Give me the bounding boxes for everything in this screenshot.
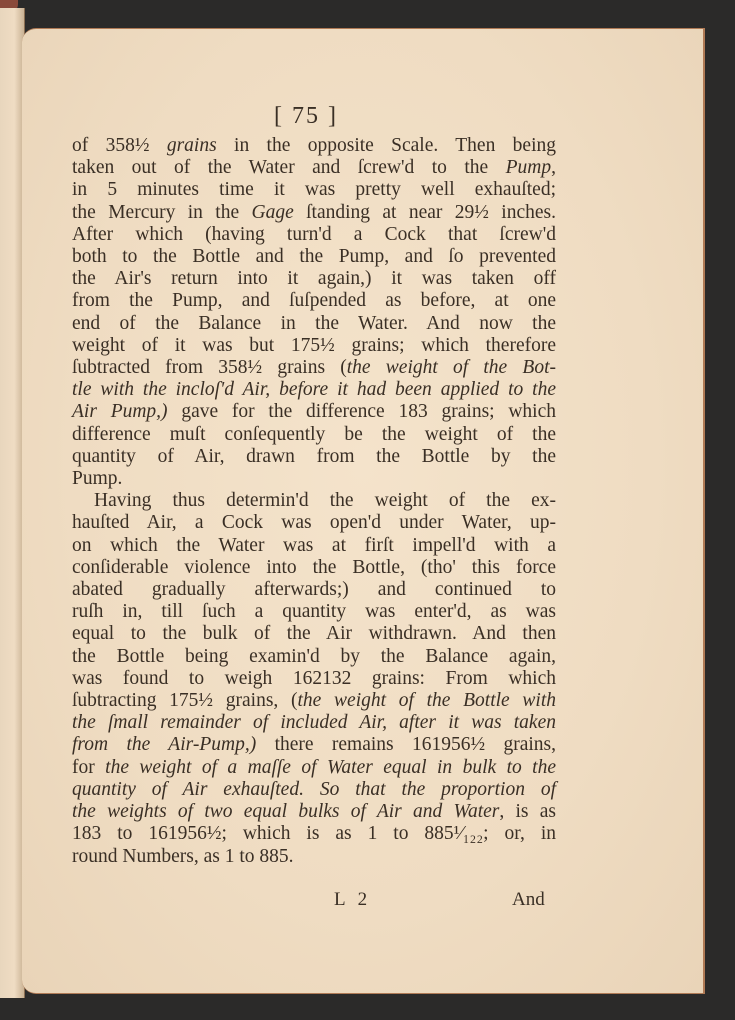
- roman-text: ſubtracting 175½ grains, (: [72, 690, 298, 711]
- roman-text: quantity of Air, drawn from the Bottle b…: [72, 446, 556, 467]
- roman-text: for: [72, 757, 105, 778]
- text-line: difference muſt conſequently be the weig…: [72, 424, 556, 446]
- text-line: ruſh in, till ſuch a quantity was enter'…: [72, 601, 556, 623]
- text-line: equal to the bulk of the Air withdrawn. …: [72, 623, 556, 645]
- text-line: of 358½ grains in the opposite Scale. Th…: [72, 135, 556, 157]
- italic-text: grains: [167, 135, 217, 156]
- roman-text: the Air's return into it again,) it was …: [72, 268, 556, 289]
- roman-text: there remains 161956½ grains,: [256, 734, 556, 755]
- text-line: ſubtracted from 358½ grains (the weight …: [72, 357, 556, 379]
- text-line: tle with the incloſ'd Air, before it had…: [72, 379, 556, 401]
- italic-text: the weight of a maſſe of Water equal in …: [105, 757, 556, 778]
- italic-text: Gage: [251, 202, 293, 223]
- italic-text: the weights of two equal bulks of Air an…: [72, 801, 499, 822]
- catchword: And: [512, 889, 545, 911]
- text-line: abated gradually afterwards;) and contin…: [72, 579, 556, 601]
- text-line: on which the Water was at firſt impell'd…: [72, 535, 556, 557]
- roman-text: was found to weigh 162132 grains: From w…: [72, 668, 556, 689]
- roman-text: difference muſt conſequently be the weig…: [72, 424, 556, 445]
- roman-text: hauſted Air, a Cock was open'd under Wat…: [72, 512, 556, 533]
- roman-text: of 358½: [72, 135, 167, 156]
- text-line: end of the Balance in the Water. And now…: [72, 313, 556, 335]
- roman-text: equal to the bulk of the Air withdrawn. …: [72, 623, 556, 644]
- roman-text: ,: [551, 157, 556, 178]
- text-line: conſiderable violence into the Bottle, (…: [72, 557, 556, 579]
- roman-text: in the opposite Scale. Then being: [217, 135, 556, 156]
- text-line: Having thus determin'd the weight of the…: [72, 490, 556, 512]
- roman-text: After which (having turn'd a Cock that ſ…: [72, 224, 556, 245]
- text-line: the Air's return into it again,) it was …: [72, 268, 556, 290]
- roman-text: Pump.: [72, 468, 122, 489]
- roman-text: the Mercury in the: [72, 202, 251, 223]
- roman-text: ſtanding at near 29½ inches.: [294, 202, 556, 223]
- text-line: After which (having turn'd a Cock that ſ…: [72, 224, 556, 246]
- text-line: in 5 minutes time it was pretty well exh…: [72, 179, 556, 201]
- text-line: for the weight of a maſſe of Water equal…: [72, 757, 556, 779]
- roman-text: weight of it was but 175½ grains; which …: [72, 335, 556, 356]
- roman-text: both to the Bottle and the Pump, and ſo …: [72, 246, 556, 267]
- italic-text: the weight of the Bottle with: [298, 690, 557, 711]
- book-page: [ 75 ] of 358½ grains in the opposite Sc…: [22, 28, 705, 994]
- italic-text: the weight of the Bot-: [347, 357, 556, 378]
- roman-text: end of the Balance in the Water. And now…: [72, 313, 556, 334]
- text-line: was found to weigh 162132 grains: From w…: [72, 668, 556, 690]
- roman-text: conſiderable violence into the Bottle, (…: [72, 557, 556, 578]
- roman-text: ſubtracted from 358½ grains (: [72, 357, 347, 378]
- text-line: the Mercury in the Gage ſtanding at near…: [72, 202, 556, 224]
- text-line: the ſmall remainder of included Air, aft…: [72, 712, 556, 734]
- italic-text: the ſmall remainder of included Air, aft…: [72, 712, 556, 733]
- page-number: [ 75 ]: [274, 103, 338, 130]
- text-line: round Numbers, as 1 to 885.: [72, 846, 556, 868]
- roman-text: on which the Water was at firſt impell'd…: [72, 535, 556, 556]
- roman-text: round Numbers, as 1 to 885.: [72, 846, 294, 867]
- text-line: the weights of two equal bulks of Air an…: [72, 801, 556, 823]
- text-line: quantity of Air, drawn from the Bottle b…: [72, 446, 556, 468]
- roman-text: taken out of the Water and ſcrew'd to th…: [72, 157, 506, 178]
- body-text: of 358½ grains in the opposite Scale. Th…: [72, 135, 556, 868]
- italic-text: from the Air-Pump,): [72, 734, 256, 755]
- text-line: taken out of the Water and ſcrew'd to th…: [72, 157, 556, 179]
- text-line: 183 to 161956½; which is as 1 to 885¹⁄₁₂…: [72, 823, 556, 845]
- text-line: from the Pump, and ſuſpended as before, …: [72, 290, 556, 312]
- text-line: ſubtracting 175½ grains, (the weight of …: [72, 690, 556, 712]
- italic-text: Air Pump,): [72, 401, 168, 422]
- roman-text: 183 to 161956½; which is as 1 to 885¹⁄₁₂…: [72, 823, 556, 844]
- roman-text: the Bottle being examin'd by the Balance…: [72, 646, 556, 667]
- text-line: Pump.: [72, 468, 556, 490]
- italic-text: Pump: [506, 157, 552, 178]
- text-line: Air Pump,) gave for the difference 183 g…: [72, 401, 556, 423]
- roman-text: , is as: [499, 801, 556, 822]
- text-line: quantity of Air exhauſted. So that the p…: [72, 779, 556, 801]
- italic-text: tle with the incloſ'd Air, before it had…: [72, 379, 556, 400]
- signature-mark: L 2: [334, 889, 371, 911]
- roman-text: abated gradually afterwards;) and contin…: [72, 579, 556, 600]
- roman-text: ruſh in, till ſuch a quantity was enter'…: [72, 601, 556, 622]
- roman-text: in 5 minutes time it was pretty well exh…: [72, 179, 556, 200]
- text-line: both to the Bottle and the Pump, and ſo …: [72, 246, 556, 268]
- text-line: from the Air-Pump,) there remains 161956…: [72, 734, 556, 756]
- text-line: weight of it was but 175½ grains; which …: [72, 335, 556, 357]
- italic-text: quantity of Air exhauſted. So that the p…: [72, 779, 556, 800]
- roman-text: Having thus determin'd the weight of the…: [94, 490, 556, 511]
- roman-text: from the Pump, and ſuſpended as before, …: [72, 290, 556, 311]
- roman-text: gave for the difference 183 grains; whic…: [168, 401, 556, 422]
- text-line: hauſted Air, a Cock was open'd under Wat…: [72, 512, 556, 534]
- text-line: the Bottle being examin'd by the Balance…: [72, 646, 556, 668]
